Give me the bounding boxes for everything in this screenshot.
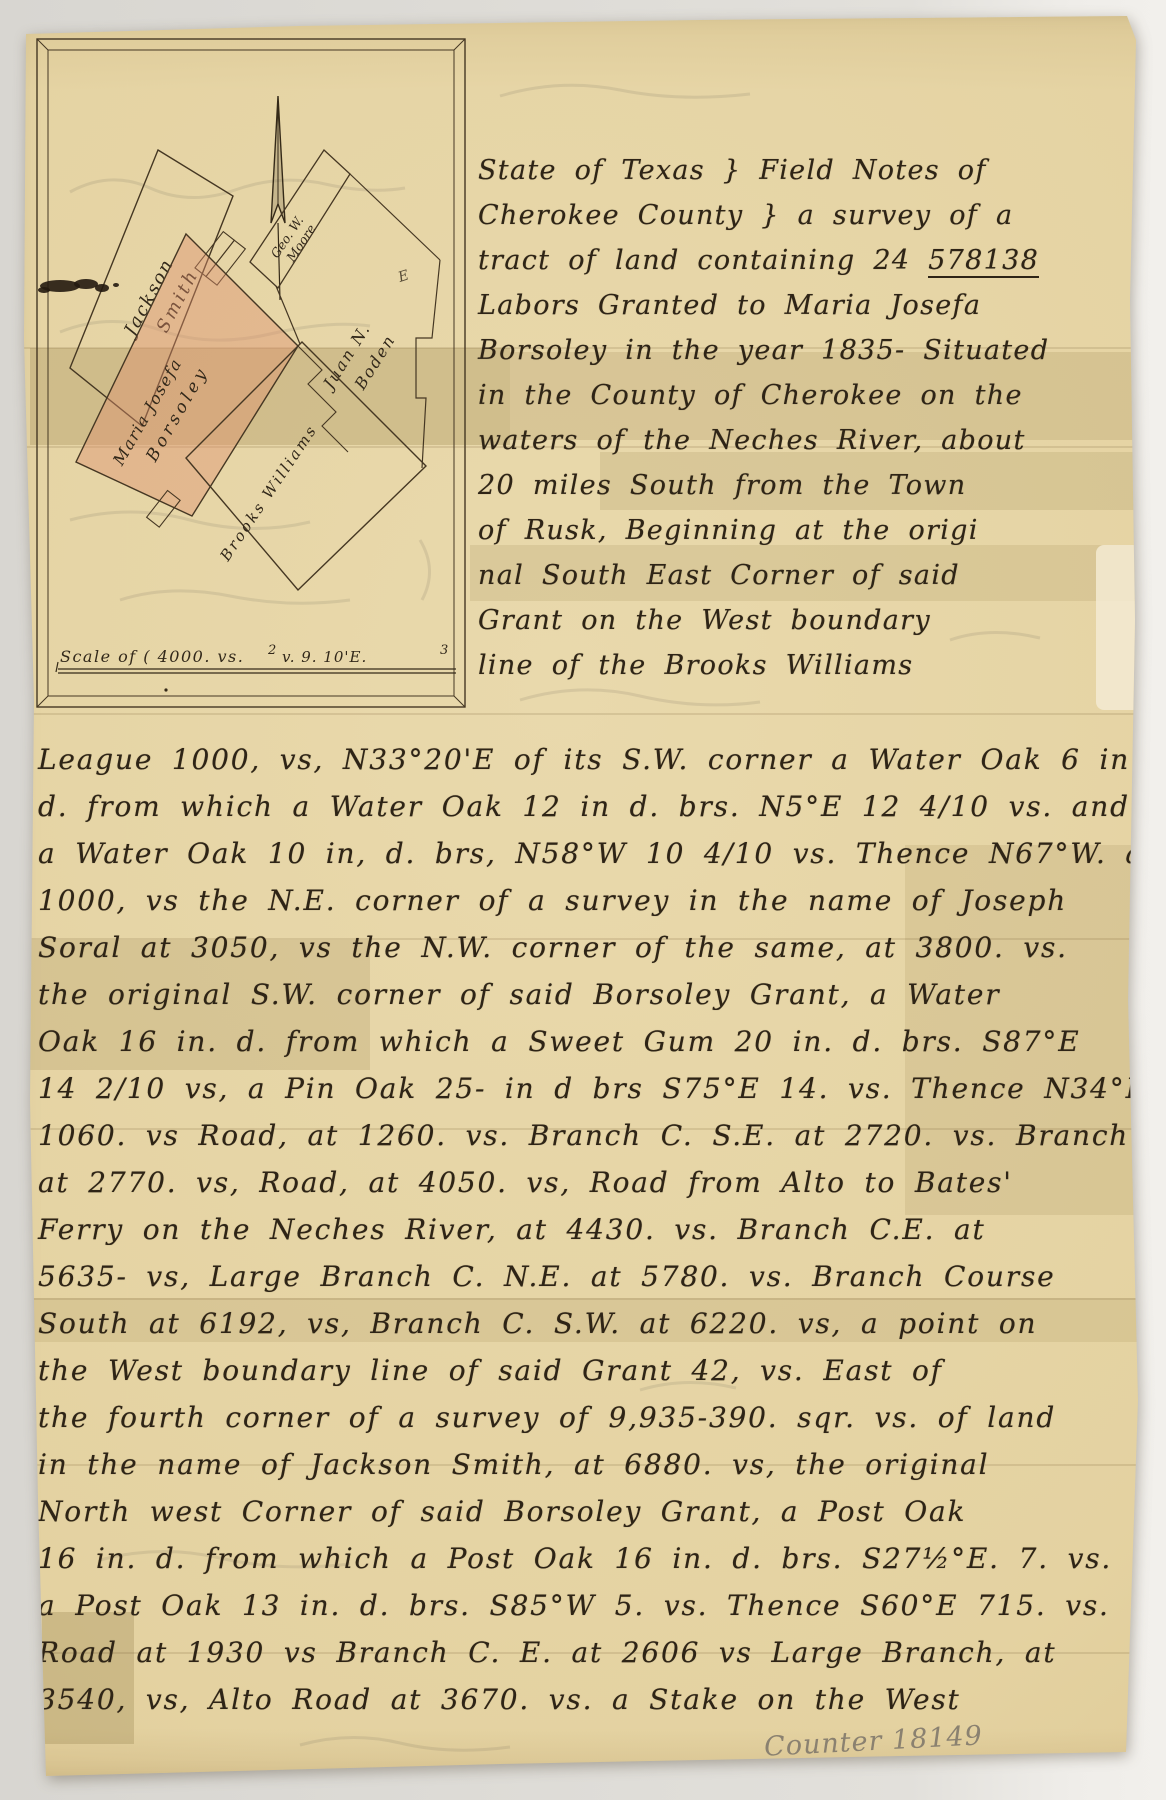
scale-text: Scale of ( 4000. vs. — [60, 647, 244, 666]
field-notes-line: 14 2/10 vs, a Pin Oak 25- in d brs S75°E… — [38, 1065, 1154, 1112]
field-notes-line: the original S.W. corner of said Borsole… — [38, 971, 1154, 1018]
field-notes-line: 5635- vs, Large Branch C. N.E. at 5780. … — [38, 1253, 1154, 1300]
scale-superscript: 2 — [267, 643, 276, 658]
field-notes-line: a Post Oak 13 in. d. brs. S85°W 5. vs. T… — [38, 1582, 1154, 1629]
east-mark: E — [395, 267, 411, 286]
field-notes-line: Soral at 3050, vs the N.W. corner of the… — [38, 924, 1154, 971]
field-notes-line: Grant on the West boundary — [478, 598, 1098, 643]
field-notes-line: Borsoley in the year 1835- Situated — [478, 328, 1098, 373]
field-notes-line: South at 6192, vs, Branch C. S.W. at 622… — [38, 1300, 1154, 1347]
field-notes-line: 1060. vs Road, at 1260. vs. Branch C. S.… — [38, 1112, 1154, 1159]
field-notes-line: 16 in. d. from which a Post Oak 16 in. d… — [38, 1535, 1154, 1582]
field-notes-line: League 1000, vs, N33°20'E of its S.W. co… — [38, 736, 1154, 783]
ink-blot — [38, 279, 119, 293]
field-notes-body: League 1000, vs, N33°20'E of its S.W. co… — [38, 736, 1154, 1723]
field-notes-line: waters of the Neches River, about — [478, 418, 1098, 463]
field-notes-line: State of Texas } Field Notes of — [478, 148, 1098, 193]
field-notes-line: of Rusk, Beginning at the origi — [478, 508, 1098, 553]
field-notes-line-text: tract of land containing 24 — [478, 245, 928, 276]
field-notes-line: in the name of Jackson Smith, at 6880. v… — [38, 1441, 1154, 1488]
field-notes-line: Cherokee County } a survey of a — [478, 193, 1098, 238]
underlined-acreage: 578138 — [928, 245, 1039, 278]
field-notes-line: Ferry on the Neches River, at 4430. vs. … — [38, 1206, 1154, 1253]
map-scale: Scale of ( 4000. vs. 2 v. 9. 10'E. 3 — [56, 643, 456, 692]
tract-geo-w-moore: Geo. W. Moore — [250, 150, 350, 288]
survey-plat-map: Jackson Smith Maria Josefa Borsoley Geo. — [36, 38, 466, 710]
field-notes-line: 1000, vs the N.E. corner of a survey in … — [38, 877, 1154, 924]
field-notes-line: 3540, vs, Alto Road at 3670. vs. a Stake… — [38, 1676, 1154, 1723]
scanned-field-notes-page: { "document_kind": "Handwritten survey f… — [0, 0, 1166, 1800]
scale-marks: v. 9. 10'E. — [282, 648, 367, 666]
field-notes-line: the West boundary line of said Grant 42,… — [38, 1347, 1154, 1394]
field-notes-line: Labors Granted to Maria Josefa — [478, 283, 1098, 328]
field-notes-line: North west Corner of said Borsoley Grant… — [38, 1488, 1154, 1535]
field-notes-line: d. from which a Water Oak 12 in d. brs. … — [38, 783, 1154, 830]
field-notes-line: in the County of Cherokee on the — [478, 373, 1098, 418]
scale-end-mark: 3 — [440, 643, 448, 658]
field-notes-line: tract of land containing 24 578138 — [478, 238, 1098, 283]
field-notes-line: line of the Brooks Williams — [478, 643, 1098, 688]
field-notes-line: Road at 1930 vs Branch C. E. at 2606 vs … — [38, 1629, 1154, 1676]
field-notes-line: at 2770. vs, Road, at 4050. vs, Road fro… — [38, 1159, 1154, 1206]
north-arrow-icon — [271, 96, 285, 300]
aged-paper-page: Jackson Smith Maria Josefa Borsoley Geo. — [0, 0, 1166, 1800]
fold-crease — [0, 713, 1166, 715]
counter-number-annotation: Counter 18149 — [763, 1720, 983, 1762]
field-notes-line: a Water Oak 10 in, d. brs, N58°W 10 4/10… — [38, 830, 1154, 877]
field-notes-line: the fourth corner of a survey of 9,935-3… — [38, 1394, 1154, 1441]
page-wrapper: Jackson Smith Maria Josefa Borsoley Geo. — [0, 0, 1166, 1800]
field-notes-line: nal South East Corner of said — [478, 553, 1098, 598]
torn-paper-chip — [1096, 545, 1166, 710]
field-notes-line: Oak 16 in. d. from which a Sweet Gum 20 … — [38, 1018, 1154, 1065]
field-notes-line: 20 miles South from the Town — [478, 463, 1098, 508]
field-notes-header-column: State of Texas } Field Notes of Cherokee… — [478, 148, 1098, 688]
